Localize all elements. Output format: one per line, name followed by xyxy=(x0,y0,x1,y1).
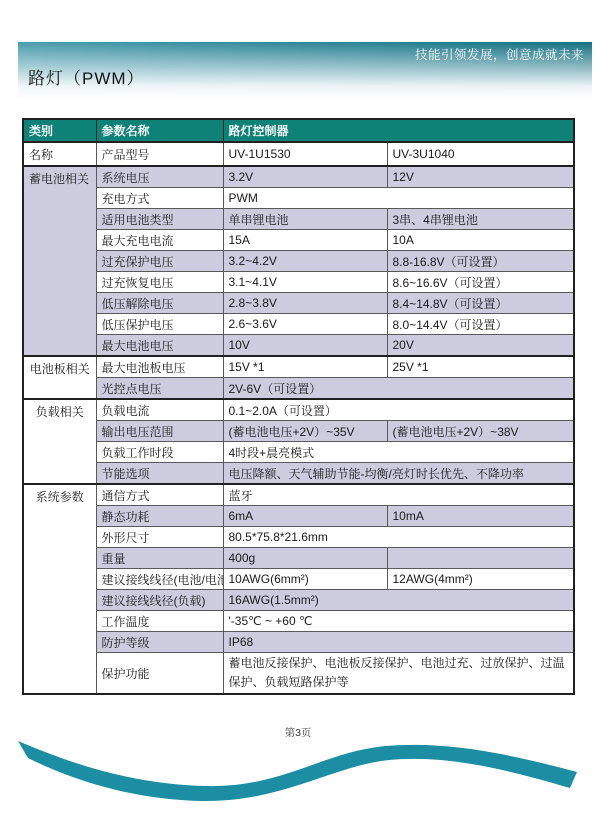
param-name-cell: 最大电池板电压 xyxy=(96,356,223,378)
value-cell: 10V xyxy=(223,335,387,357)
table-row: 防护等级IP68 xyxy=(23,632,574,653)
table-row: 低压保护电压2.6~3.6V8.0~14.4V（可设置） xyxy=(23,314,574,335)
param-name-cell: 静态功耗 xyxy=(96,506,223,527)
table-row: 蓄电池相关系统电压3.2V12V xyxy=(23,166,574,188)
param-name-cell: 建议接线线径(负载) xyxy=(96,590,223,611)
table-row: 过充保护电压3.2~4.2V8.8-16.8V（可设置） xyxy=(23,251,574,272)
param-name-cell: 节能选项 xyxy=(96,463,223,485)
value-cell: 12V xyxy=(387,166,574,188)
table-row: 最大电池电压10V20V xyxy=(23,335,574,357)
param-name-cell: 过充保护电压 xyxy=(96,251,223,272)
value-cell: 8.6~16.6V（可设置） xyxy=(387,272,574,293)
param-name-cell: 适用电池类型 xyxy=(96,209,223,230)
value-cell: 3串、4串锂电池 xyxy=(387,209,574,230)
value-cell: 2.6~3.6V xyxy=(223,314,387,335)
table-row: 电池板相关最大电池板电压15V *125V *1 xyxy=(23,356,574,378)
param-name-cell: 充电方式 xyxy=(96,188,223,209)
param-name-cell: 低压解除电压 xyxy=(96,293,223,314)
value-cell: 3.1~4.1V xyxy=(223,272,387,293)
param-name-cell: 产品型号 xyxy=(96,142,223,166)
param-name-cell: 负载电流 xyxy=(96,399,223,421)
value-cell: 3.2V xyxy=(223,166,387,188)
value-cell: 80.5*75.8*21.6mm xyxy=(223,527,574,548)
table-row: 适用电池类型单串锂电池3串、4串锂电池 xyxy=(23,209,574,230)
value-cell: 4时段+晨亮模式 xyxy=(223,442,574,463)
value-cell: 8.8-16.8V（可设置） xyxy=(387,251,574,272)
param-name-cell: 输出电压范围 xyxy=(96,421,223,442)
table-row: 建议接线线径(电池/电池板)10AWG(6mm²)12AWG(4mm²) xyxy=(23,569,574,590)
table-row: 负载相关负载电流0.1~2.0A（可设置） xyxy=(23,399,574,421)
spec-table: 类别 参数名称 路灯控制器 名称产品型号UV-1U1530UV-3U1040蓄电… xyxy=(22,118,575,695)
param-name-cell: 负载工作时段 xyxy=(96,442,223,463)
param-name-cell: 保护功能 xyxy=(96,653,223,695)
param-name-cell: 光控点电压 xyxy=(96,378,223,400)
table-row: 低压解除电压2.8~3.8V8.4~14.8V（可设置） xyxy=(23,293,574,314)
table-row: 最大充电电流15A10A xyxy=(23,230,574,251)
param-name-cell: 建议接线线径(电池/电池板) xyxy=(96,569,223,590)
value-cell: 蓝牙 xyxy=(223,484,574,506)
category-cell: 蓄电池相关 xyxy=(23,166,96,356)
table-row: 外形尺寸80.5*75.8*21.6mm xyxy=(23,527,574,548)
value-cell: 15A xyxy=(223,230,387,251)
value-cell: UV-1U1530 xyxy=(223,142,387,166)
category-cell: 系统参数 xyxy=(23,484,96,694)
value-cell: 25V *1 xyxy=(387,356,574,378)
value-cell: 2.8~3.8V xyxy=(223,293,387,314)
value-cell xyxy=(387,548,574,569)
header-slogan: 技能引领发展，创意成就未来 xyxy=(415,45,584,63)
param-name-cell: 工作温度 xyxy=(96,611,223,632)
value-cell: 20V xyxy=(387,335,574,357)
table-row: 充电方式PWM xyxy=(23,188,574,209)
param-name-cell: 防护等级 xyxy=(96,632,223,653)
value-cell: 12AWG(4mm²) xyxy=(387,569,574,590)
footer-page-number: 第3页 xyxy=(0,725,596,740)
value-cell: 16AWG(1.5mm²) xyxy=(223,590,574,611)
param-name-cell: 通信方式 xyxy=(96,484,223,506)
value-cell: '-35℃ ~ +60 ℃ xyxy=(223,611,574,632)
table-row: 节能选项电压降额、天气辅助节能-均衡/亮灯时长优先、不降功率 xyxy=(23,463,574,485)
table-row: 建议接线线径(负载)16AWG(1.5mm²) xyxy=(23,590,574,611)
value-cell: 8.0~14.4V（可设置） xyxy=(387,314,574,335)
category-cell: 名称 xyxy=(23,142,96,166)
table-row: 负载工作时段4时段+晨亮模式 xyxy=(23,442,574,463)
param-name-cell: 最大电池电压 xyxy=(96,335,223,357)
value-cell: 15V *1 xyxy=(223,356,387,378)
value-cell: (蓄电池电压+2V）~38V xyxy=(387,421,574,442)
category-cell: 电池板相关 xyxy=(23,356,96,399)
value-cell: 电压降额、天气辅助节能-均衡/亮灯时长优先、不降功率 xyxy=(223,463,574,485)
value-cell: 单串锂电池 xyxy=(223,209,387,230)
param-name-cell: 重量 xyxy=(96,548,223,569)
table-row: 保护功能蓄电池反接保护、电池板反接保护、电池过充、过放保护、过温保护、负载短路保… xyxy=(23,653,574,695)
value-cell: 3.2~4.2V xyxy=(223,251,387,272)
value-cell: PWM xyxy=(223,188,574,209)
value-cell: 2V-6V（可设置） xyxy=(223,378,574,400)
param-name-cell: 外形尺寸 xyxy=(96,527,223,548)
table-row: 工作温度'-35℃ ~ +60 ℃ xyxy=(23,611,574,632)
value-cell: 0.1~2.0A（可设置） xyxy=(223,399,574,421)
value-cell: 10AWG(6mm²) xyxy=(223,569,387,590)
value-cell: UV-3U1040 xyxy=(387,142,574,166)
value-cell: 10A xyxy=(387,230,574,251)
table-row: 输出电压范围(蓄电池电压+2V）~35V(蓄电池电压+2V）~38V xyxy=(23,421,574,442)
param-name-cell: 最大充电电流 xyxy=(96,230,223,251)
param-name-cell: 系统电压 xyxy=(96,166,223,188)
table-row: 光控点电压2V-6V（可设置） xyxy=(23,378,574,400)
col-header-category: 类别 xyxy=(23,119,96,142)
col-header-product: 路灯控制器 xyxy=(223,119,574,142)
table-header-row: 类别 参数名称 路灯控制器 xyxy=(23,119,574,142)
param-name-cell: 过充恢复电压 xyxy=(96,272,223,293)
table-row: 过充恢复电压3.1~4.1V8.6~16.6V（可设置） xyxy=(23,272,574,293)
table-row: 名称产品型号UV-1U1530UV-3U1040 xyxy=(23,142,574,166)
value-cell: (蓄电池电压+2V）~35V xyxy=(223,421,387,442)
col-header-param: 参数名称 xyxy=(96,119,223,142)
value-cell: 8.4~14.8V（可设置） xyxy=(387,293,574,314)
table-row: 系统参数通信方式蓝牙 xyxy=(23,484,574,506)
param-name-cell: 低压保护电压 xyxy=(96,314,223,335)
header-band: 技能引领发展，创意成就未来 路灯（PWM） xyxy=(18,42,592,98)
table-row: 重量400g xyxy=(23,548,574,569)
category-cell: 负载相关 xyxy=(23,399,96,484)
table-row: 静态功耗6mA10mA xyxy=(23,506,574,527)
value-cell: 400g xyxy=(223,548,387,569)
value-cell: IP68 xyxy=(223,632,574,653)
page-title: 路灯（PWM） xyxy=(28,64,145,89)
value-cell: 10mA xyxy=(387,506,574,527)
value-cell: 蓄电池反接保护、电池板反接保护、电池过充、过放保护、过温保护、负载短路保护等 xyxy=(223,653,574,695)
value-cell: 6mA xyxy=(223,506,387,527)
